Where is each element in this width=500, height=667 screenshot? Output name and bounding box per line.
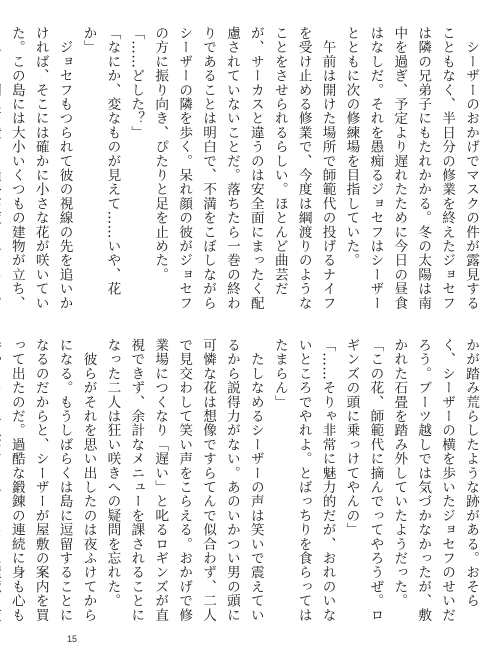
paragraph: かが踏み荒らしたような跡がある。おそらく、シーザーの横を歩いたジョセフのせいだろ… [386,338,482,628]
dialogue-line: 「なにか、変なものが見えて……いや、花か」 [76,26,124,316]
paragraph: 彼らがそれを思い出したのは夜ふけてからになる。もうしばらくは島に逗留することにな… [0,338,100,628]
paragraph: シーザーのおかげでマスクの件が露見することもなく、半日分の修業を終えたジョセフは… [339,26,482,316]
dialogue-line: 「……どした？」 [123,26,147,316]
text-block-lower: かが踏み荒らしたような跡がある。おそらく、シーザーの横を歩いたジョセフのせいだろ… [52,338,482,628]
text-block-upper: シーザーのおかげでマスクの件が露見することもなく、半日分の修業を終えたジョセフは… [52,26,482,316]
page-number: 15 [67,634,77,644]
dialogue-line: 「この花、師範代に摘んでってやろうぜ。ロギンズの頭に乗っけてやんの」 [339,338,387,628]
dialogue-line: 「……そりゃ非常に魅力的だが、おれのいないところでやれよ。とばっちりを食らっては… [267,338,339,628]
paragraph: たしなめるシーザーの声は笑いで震えているから説得力がない。あのいかつい男の頭に可… [100,338,267,628]
paragraph: 午前は開けた場所で師範代の投げるナイフを受け止める修業で、今度は綱渡りのようなこ… [147,26,338,316]
paragraph: ジョセフもつられて彼の視線の先を追いかければ、そこには確かに小さな花が咲いていた… [0,26,76,316]
